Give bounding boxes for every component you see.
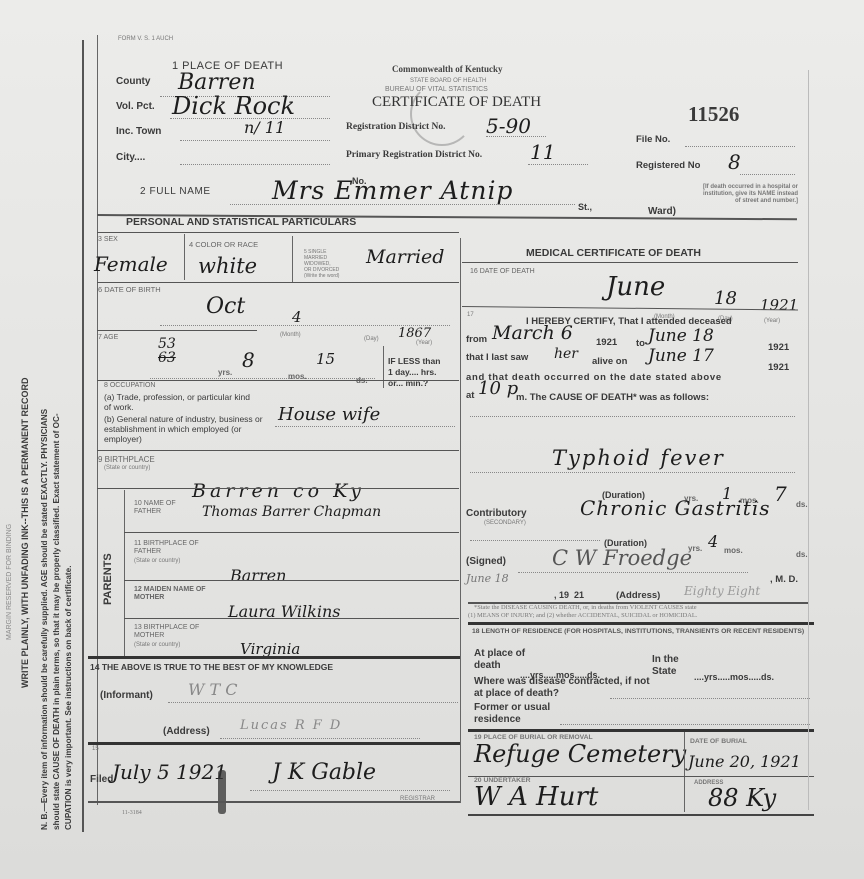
former-residence-line xyxy=(560,724,810,725)
informant-address-line xyxy=(220,738,420,739)
file-number: 11526 xyxy=(688,102,739,127)
sex-divider xyxy=(184,234,185,280)
form-left-border-inner xyxy=(97,35,98,805)
dod-year: 1921 xyxy=(760,296,798,314)
informant-value: W T C xyxy=(188,680,238,699)
burial-date-value: June 20, 1921 xyxy=(688,752,801,771)
inc-town-line xyxy=(180,140,330,141)
city-label: City.... xyxy=(116,152,145,163)
signed-year-label: , 19 xyxy=(554,590,569,600)
row-divider-dob xyxy=(97,282,459,283)
registrar-line xyxy=(250,790,450,791)
row-divider-certify xyxy=(462,306,798,311)
age-months: 8 xyxy=(242,348,255,372)
color-divider xyxy=(292,236,293,282)
margin-note-line-3: CUPATION is very important. See instruct… xyxy=(64,566,73,831)
signed-label: (Signed) xyxy=(466,556,506,567)
parents-divider xyxy=(124,490,125,658)
ward-label: Ward) xyxy=(648,206,676,217)
in-state-label: In the State xyxy=(652,654,692,678)
alive-year: 1921 xyxy=(768,362,789,373)
occupation-line xyxy=(275,426,455,427)
footer-code: 11-3184 xyxy=(122,810,142,817)
informant-label: (Informant) xyxy=(100,690,153,701)
row-divider-age xyxy=(97,330,257,331)
medical-heading-rule xyxy=(462,262,798,263)
vol-pct-value: Dick Rock xyxy=(172,92,295,120)
inc-town-value: n/ 11 xyxy=(244,118,285,137)
margin-note-line-2: should state CAUSE OF DEATH in plain ter… xyxy=(52,413,61,830)
informant-address-value: Lucas R F D xyxy=(240,718,342,733)
medical-address-label: (Address) xyxy=(616,590,660,601)
ink-blot xyxy=(218,770,226,814)
center-divider xyxy=(460,238,461,803)
item-17: 17 xyxy=(467,312,474,319)
divider-burial xyxy=(468,729,814,732)
death-certificate-scan: MARGIN RESERVED FOR BINDING WRITE PLAINL… xyxy=(0,0,864,879)
contributory-duration-ds: ds. xyxy=(796,550,808,559)
occupation-value: House wife xyxy=(278,404,380,425)
occupation-a: (a) Trade, profession, or particular kin… xyxy=(104,392,254,412)
cause-line-1 xyxy=(470,416,795,417)
alive-on-label: alive on xyxy=(592,356,627,367)
at-place-label: At place of death xyxy=(474,648,534,672)
dob-sub-day: (Day) xyxy=(364,336,379,343)
from-label: from xyxy=(466,334,487,345)
cause-line-2 xyxy=(470,472,795,473)
divider-bottom-left xyxy=(88,801,460,803)
primary-district-line xyxy=(528,164,588,165)
registration-district-value: 5-90 xyxy=(486,114,531,138)
row-divider-father-birth xyxy=(124,532,459,533)
full-name-line xyxy=(230,204,575,205)
less-than-line-2: 1 day.... hrs. xyxy=(388,367,440,378)
age-label: 7 AGE xyxy=(98,334,118,341)
ward-note: [If death occurred in a hospital or inst… xyxy=(702,184,798,205)
parents-side-label: PARENTS xyxy=(102,553,114,605)
cause-duration-days: 7 xyxy=(774,482,787,506)
father-birth-value: Barren xyxy=(230,566,286,585)
age-days: 15 xyxy=(316,350,335,368)
color-label: 4 COLOR OR RACE xyxy=(189,240,258,249)
age-line xyxy=(150,378,375,379)
informant-line xyxy=(168,702,458,703)
jurisdiction: Commonwealth of Kentucky xyxy=(392,64,503,74)
divider-residence xyxy=(468,622,814,625)
less-than-line-1: IF LESS than xyxy=(388,356,440,367)
registration-district-label: Registration District No. xyxy=(346,122,445,132)
dob-label: 6 DATE OF BIRTH xyxy=(98,285,161,294)
sex-label: 3 SEX xyxy=(98,236,118,243)
contributory-duration-months: 4 xyxy=(708,532,718,551)
to-value: June 18 xyxy=(648,326,714,346)
occupation-b: (b) General nature of industry, business… xyxy=(104,414,274,444)
at-label: at xyxy=(466,390,474,401)
contributory-value: Chronic Gastritis xyxy=(580,496,770,520)
burial-place-value: Refuge Cemetery xyxy=(474,740,686,768)
cause-text: m. The CAUSE OF DEATH* was as follows: xyxy=(516,392,709,403)
registered-no-value: 8 xyxy=(728,150,741,174)
city-line xyxy=(180,164,330,165)
father-name-label: 10 NAME OF FATHER xyxy=(134,500,194,516)
contracted-label: Where was disease contracted, if not at … xyxy=(474,676,654,700)
dob-line xyxy=(160,325,450,326)
less-than-divider xyxy=(383,346,384,388)
occupation-label: 8 OCCUPATION xyxy=(104,382,155,389)
less-than-box: IF LESS than 1 day.... hrs. or... min.? xyxy=(388,356,440,389)
row-divider-parents xyxy=(97,488,459,489)
signed-value: C W Froedge xyxy=(552,546,692,570)
color-value: white xyxy=(198,254,257,278)
registered-no-label: Registered No xyxy=(636,160,700,171)
footnote-1: *State the DISEASE CAUSING DEATH, or, in… xyxy=(474,604,697,611)
form-left-border xyxy=(82,40,84,832)
personal-heading-rule xyxy=(97,232,459,233)
undertaker-value: W A Hurt xyxy=(474,782,598,812)
signed-line xyxy=(518,572,748,573)
from-value: March 6 xyxy=(492,322,573,344)
contributory-label: Contributory xyxy=(466,508,527,519)
age-years-unit: yrs. xyxy=(218,368,232,377)
row-divider-mother-birth xyxy=(124,618,459,619)
contracted-line xyxy=(610,698,810,699)
burial-bottom-rule xyxy=(468,814,814,816)
cause-duration-ds: ds. xyxy=(796,500,808,509)
dod-day: 18 xyxy=(714,288,737,309)
dod-sub-year: (Year) xyxy=(764,318,780,325)
street-label: St., xyxy=(578,202,592,212)
to-label: to xyxy=(636,338,645,349)
full-name-value: Mrs Emmer Atnip xyxy=(272,176,513,205)
inc-town-label: Inc. Town xyxy=(116,126,161,137)
registration-district-line xyxy=(486,136,546,137)
from-year: 1921 xyxy=(596,337,617,348)
form-right-border xyxy=(808,70,809,810)
contributory-sub: (SECONDARY) xyxy=(484,520,526,527)
dob-month: Oct xyxy=(206,294,245,319)
filed-value: July 5 1921 xyxy=(112,760,227,784)
full-name-label: 2 FULL NAME xyxy=(140,186,211,197)
margin-reserved-text: MARGIN RESERVED FOR BINDING xyxy=(6,524,13,640)
divider-filed xyxy=(88,742,460,745)
medical-address-value: Eighty Eight xyxy=(684,584,760,598)
age-years-struck: 63 xyxy=(158,350,176,366)
seal-stamp xyxy=(410,82,474,146)
row-divider-birthplace xyxy=(97,450,459,451)
to-year: 1921 xyxy=(768,342,789,353)
filed-label: Filed xyxy=(90,774,113,785)
residence-heading: 18 LENGTH OF RESIDENCE (FOR HOSPITALS, I… xyxy=(472,628,812,636)
dob-day: 4 xyxy=(292,308,302,326)
county-label: County xyxy=(116,76,150,87)
burial-date-label: DATE OF BURIAL xyxy=(690,738,747,745)
contributory-duration-mos: mos. xyxy=(724,546,743,555)
father-name-value: Thomas Barrer Chapman xyxy=(202,504,381,520)
signed-year: 21 xyxy=(574,590,584,600)
personal-heading: PERSONAL AND STATISTICAL PARTICULARS xyxy=(126,216,356,228)
file-no-line xyxy=(685,146,795,147)
birthplace-sub: (State or country) xyxy=(104,465,150,472)
in-state-units: ....yrs.....mos.....ds. xyxy=(694,672,774,682)
former-residence-label: Former or usual residence xyxy=(474,702,584,726)
margin-note-line-1: N. B.—Every item of information should b… xyxy=(40,409,49,830)
signed-date: June 18 xyxy=(466,572,509,585)
dob-year: 1867 xyxy=(398,326,431,341)
informant-heading: 14 THE ABOVE IS TRUE TO THE BEST OF MY K… xyxy=(90,662,333,672)
sex-value: Female xyxy=(94,252,168,276)
time-value: 10 p xyxy=(478,378,518,399)
mother-name-label: 12 MAIDEN NAME OF MOTHER xyxy=(134,586,214,602)
form-code: FORM V. S. 1 AUCH xyxy=(118,36,173,43)
row-divider-occupation xyxy=(97,380,459,381)
file-no-label: File No. xyxy=(636,134,670,145)
birthplace-value: Barren co Ky xyxy=(192,480,365,502)
footnote-2: (1) MEANS OF INJURY; and (2) whether ACC… xyxy=(468,612,697,619)
dod-label: 16 DATE OF DEATH xyxy=(470,268,535,275)
mother-birth-sub: (State or country) xyxy=(134,642,180,649)
contributory-duration-line xyxy=(470,540,600,541)
alive-on-value: June 17 xyxy=(648,346,714,366)
burial-divider xyxy=(684,732,685,812)
divider-informant xyxy=(88,656,460,659)
margin-write-plainly: WRITE PLAINLY, WITH UNFADING INK--THIS I… xyxy=(20,378,30,689)
marital-value: Married xyxy=(366,246,444,268)
mother-birth-label: 13 BIRTHPLACE OF MOTHER xyxy=(134,624,204,640)
row-divider-mother-name xyxy=(124,580,459,581)
vol-pct-label: Vol. Pct. xyxy=(116,101,155,112)
father-birth-sub: (State or country) xyxy=(134,558,180,565)
md-label: , M. D. xyxy=(770,574,798,585)
informant-address-label: (Address) xyxy=(163,726,210,737)
marital-label-5: (Write the word) xyxy=(304,273,339,279)
dod-month: June xyxy=(606,272,665,302)
item-15: 15 xyxy=(92,746,99,753)
registered-no-line xyxy=(740,174,795,175)
birthplace-label: 9 BIRTHPLACE xyxy=(98,455,155,464)
last-saw-pronoun: her xyxy=(554,346,578,362)
primary-district-label: Primary Registration District No. xyxy=(346,150,482,160)
father-birth-label: 11 BIRTHPLACE OF FATHER xyxy=(134,540,204,556)
registrar-signature: J K Gable xyxy=(272,760,376,785)
last-saw-label: that I last saw xyxy=(466,352,528,363)
primary-district-value: 11 xyxy=(530,140,555,164)
burial-address-value: 88 Ky xyxy=(708,784,776,812)
cause-value: Typhoid fever xyxy=(552,446,725,470)
dob-sub-year: (Year) xyxy=(416,340,432,347)
dob-sub-month: (Month) xyxy=(280,332,301,339)
medical-heading: MEDICAL CERTIFICATE OF DEATH xyxy=(526,247,701,259)
marital-label: 5 SINGLE MARRIED WIDOWED, OR DIVORCED (W… xyxy=(304,249,339,279)
